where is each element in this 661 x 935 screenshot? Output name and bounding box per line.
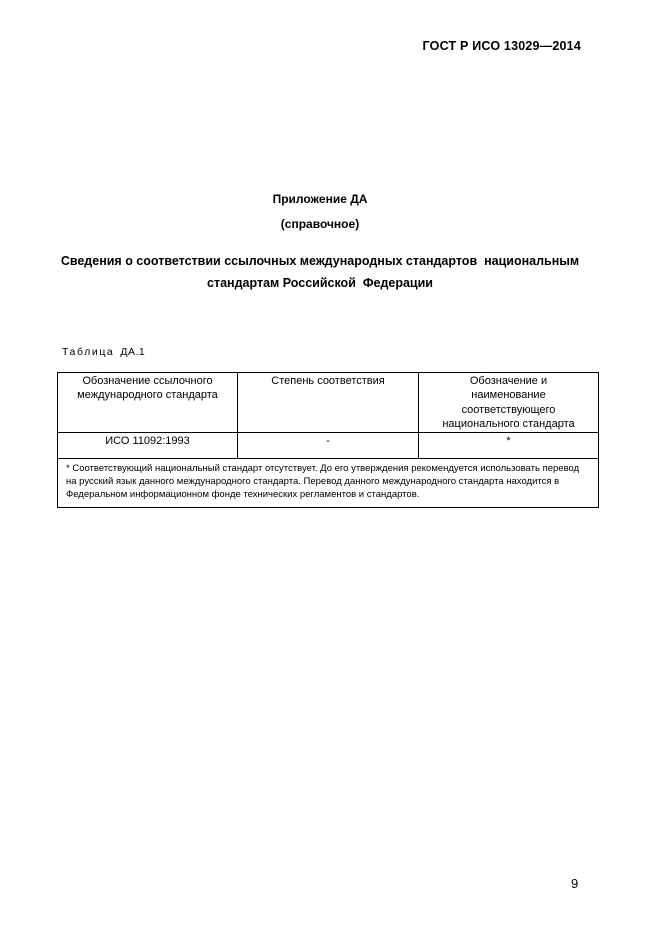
- document-page: ГОСТ Р ИСО 13029—2014 Приложение ДА (спр…: [0, 0, 661, 935]
- column-header-reference-standard: Обозначение ссылочного международного ст…: [58, 373, 238, 433]
- annex-subtitle: (справочное): [10, 217, 630, 231]
- table-footnote-row: * Соответствующий национальный стандарт …: [58, 458, 599, 507]
- table-caption-word: Таблица: [62, 346, 114, 358]
- table-footnote: * Соответствующий национальный стандарт …: [58, 458, 599, 507]
- page-number: 9: [571, 876, 578, 891]
- table-row: ИСО 11092:1993 - *: [58, 432, 599, 458]
- annex-heading: Сведения о соответствии ссылочных междун…: [10, 251, 630, 294]
- cell-reference-standard: ИСО 11092:1993: [58, 432, 238, 458]
- column-header-national-standard: Обозначение и наименование соответствующ…: [419, 373, 599, 433]
- table-caption: ТаблицаДА.1: [62, 346, 145, 358]
- cell-national-standard: *: [419, 432, 599, 458]
- annex-title: Приложение ДА: [10, 192, 630, 206]
- column-header-correspondence-degree: Степень соответствия: [238, 373, 419, 433]
- table-caption-number: ДА.1: [120, 346, 145, 358]
- correspondence-table: Обозначение ссылочного международного ст…: [57, 372, 599, 508]
- cell-correspondence-degree: -: [238, 432, 419, 458]
- document-designation-header: ГОСТ Р ИСО 13029—2014: [423, 39, 581, 53]
- table-header-row: Обозначение ссылочного международного ст…: [58, 373, 599, 433]
